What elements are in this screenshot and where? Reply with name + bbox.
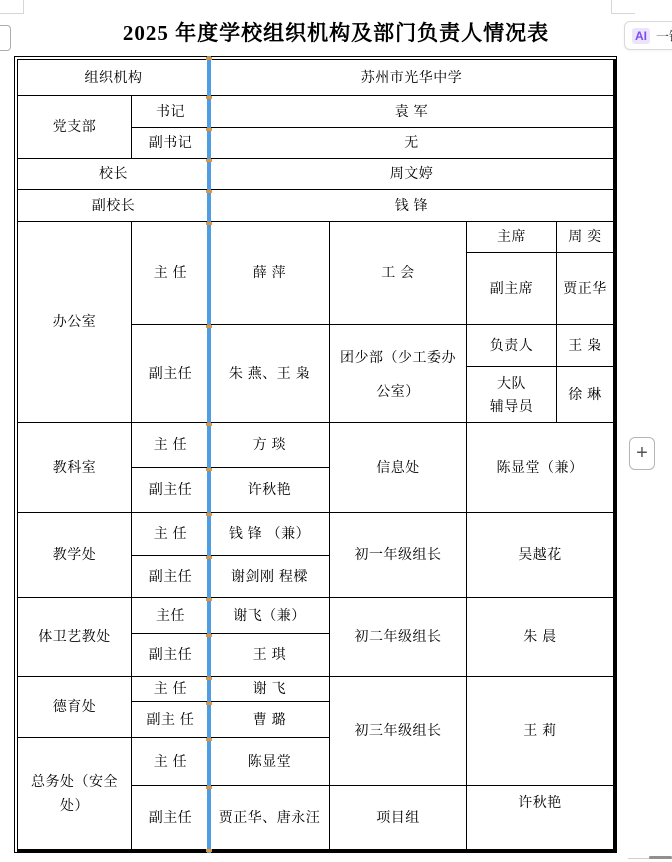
cell-brigade-counselor-label[interactable]: 大队 辅导员 <box>467 367 556 422</box>
guide-node <box>206 468 212 471</box>
cell-teaching-director-label[interactable]: 主 任 <box>132 513 209 555</box>
cell-principal-label[interactable]: 校长 <box>18 159 209 189</box>
cell-teaching-director-name[interactable]: 钱 锋 （兼） <box>210 513 329 555</box>
guide-node <box>206 786 212 789</box>
cell-info-head-name[interactable]: 陈显堂（兼） <box>467 423 613 512</box>
cell-office-director-label[interactable]: 主 任 <box>132 222 209 324</box>
guide-node <box>206 513 212 516</box>
cell-general-deputy-label[interactable]: 副主任 <box>132 786 209 849</box>
cell-info-dept[interactable]: 信息处 <box>330 423 466 512</box>
cell-youth-league-head-name[interactable]: 王 枭 <box>557 325 613 366</box>
cell-pe-art-director-label[interactable]: 主任 <box>132 598 209 633</box>
cell-general-director-label[interactable]: 主 任 <box>132 738 209 785</box>
cell-research-deputy-label[interactable]: 副主任 <box>132 468 209 512</box>
cell-project-group-dept[interactable]: 项目组 <box>330 786 466 849</box>
cell-moral-director-name[interactable]: 谢 飞 <box>210 677 329 701</box>
cell-grade8-leader-name[interactable]: 朱 晨 <box>467 598 613 676</box>
cell-youth-league-dept[interactable]: 团少部（少工委办公室） <box>330 325 466 422</box>
guide-node <box>206 325 212 328</box>
cell-office-director-name[interactable]: 薛 萍 <box>210 222 329 324</box>
org-table: 组织机构苏州市光华中学党支部书记袁 军副书记无校长周文婷副校长钱 锋办公室主 任… <box>14 56 617 853</box>
ai-button-label: 一键排版 <box>656 26 672 45</box>
cell-research-dept[interactable]: 教科室 <box>18 423 131 512</box>
column-guide-line[interactable] <box>207 56 211 853</box>
cell-pe-art-deputy-name[interactable]: 王 琪 <box>210 634 329 676</box>
cell-research-deputy-name[interactable]: 许秋艳 <box>210 468 329 512</box>
cell-research-director-name[interactable]: 方 琰 <box>210 423 329 467</box>
cell-moral-dept[interactable]: 德育处 <box>18 677 131 737</box>
cell-general-deputy-names[interactable]: 贾正华、唐永汪 <box>210 786 329 849</box>
cell-teaching-deputy-label[interactable]: 副主任 <box>132 556 209 597</box>
cell-union-chairman-name[interactable]: 周 奕 <box>557 222 613 252</box>
cell-secretary-name[interactable]: 袁 军 <box>210 96 613 127</box>
cell-school-name[interactable]: 苏州市光华中学 <box>210 60 613 95</box>
cell-pe-art-dept[interactable]: 体卫艺教处 <box>18 598 131 676</box>
insert-plus-button[interactable]: + <box>629 437 655 470</box>
guide-node <box>206 96 212 99</box>
guide-node <box>206 849 212 852</box>
cell-union-chairman-label[interactable]: 主席 <box>467 222 556 252</box>
cell-office-deputy-names[interactable]: 朱 燕、王 枭 <box>210 325 329 422</box>
cell-general-director-name[interactable]: 陈显堂 <box>210 738 329 785</box>
cell-pe-art-director-name[interactable]: 谢飞（兼） <box>210 598 329 633</box>
cell-general-affairs-dept[interactable]: 总务处（安全处） <box>18 738 131 849</box>
guide-node <box>206 556 212 559</box>
cell-deputy-secretary-name[interactable]: 无 <box>210 128 613 158</box>
horizontal-scrollbar-thumb[interactable] <box>649 856 672 859</box>
cell-org-structure-header[interactable]: 组织机构 <box>18 60 209 95</box>
page-corner-mark-top-left <box>0 0 24 14</box>
cell-grade9-leader-label[interactable]: 初三年级组长 <box>330 677 466 785</box>
guide-node <box>206 128 212 131</box>
guide-node <box>206 190 212 193</box>
cell-office-deputy-label[interactable]: 副主任 <box>132 325 209 422</box>
page-corner-mark-top-right <box>611 0 635 14</box>
org-table-grid: 组织机构苏州市光华中学党支部书记袁 军副书记无校长周文婷副校长钱 锋办公室主 任… <box>17 59 616 852</box>
cell-party-branch[interactable]: 党支部 <box>18 96 131 158</box>
guide-node <box>206 634 212 637</box>
cell-secretary-label[interactable]: 书记 <box>132 96 209 127</box>
guide-node <box>206 702 212 705</box>
cell-grade7-leader-name[interactable]: 吴越花 <box>467 513 613 597</box>
document-title[interactable]: 2025 年度学校组织机构及部门负责人情况表 <box>0 17 672 47</box>
document-page: { "title": "2025 年度学校组织机构及部门负责人情况表", "ai… <box>0 0 672 862</box>
cell-principal-name[interactable]: 周文婷 <box>210 159 613 189</box>
guide-node <box>206 677 212 680</box>
ai-icon: AI <box>632 28 650 44</box>
ai-format-button[interactable]: AI 一键排版 <box>624 21 672 50</box>
cell-moral-deputy-label[interactable]: 副主 任 <box>132 702 209 737</box>
cell-moral-deputy-name[interactable]: 曹 璐 <box>210 702 329 737</box>
cell-union-dept[interactable]: 工 会 <box>330 222 466 324</box>
cell-grade8-leader-label[interactable]: 初二年级组长 <box>330 598 466 676</box>
cell-grade9-leader-name[interactable]: 王 莉 <box>467 677 613 785</box>
guide-node <box>206 222 212 225</box>
cell-project-group-name[interactable]: 许秋艳 <box>467 786 613 849</box>
cell-vice-principal-label[interactable]: 副校长 <box>18 190 209 221</box>
guide-node <box>206 57 212 60</box>
cell-deputy-secretary-label[interactable]: 副书记 <box>132 128 209 158</box>
plus-icon: + <box>636 442 648 465</box>
cell-research-director-label[interactable]: 主 任 <box>132 423 209 467</box>
guide-node <box>206 423 212 426</box>
cell-moral-director-label[interactable]: 主 任 <box>132 677 209 701</box>
cell-grade7-leader-label[interactable]: 初一年级组长 <box>330 513 466 597</box>
guide-node <box>206 738 212 741</box>
cell-union-vice-chairman-label[interactable]: 副主席 <box>467 253 556 324</box>
guide-node <box>206 598 212 601</box>
cell-brigade-counselor-name[interactable]: 徐 琳 <box>557 367 613 422</box>
cell-teaching-dept[interactable]: 教学处 <box>18 513 131 597</box>
cell-union-vice-chairman-name[interactable]: 贾正华 <box>557 253 613 324</box>
cell-teaching-deputy-names[interactable]: 谢剑刚 程樑 <box>210 556 329 597</box>
cell-office-dept[interactable]: 办公室 <box>18 222 131 422</box>
cell-youth-league-head-label[interactable]: 负责人 <box>467 325 556 366</box>
guide-node <box>206 159 212 162</box>
cell-pe-art-deputy-label[interactable]: 副主任 <box>132 634 209 676</box>
cell-vice-principal-name[interactable]: 钱 锋 <box>210 190 613 221</box>
